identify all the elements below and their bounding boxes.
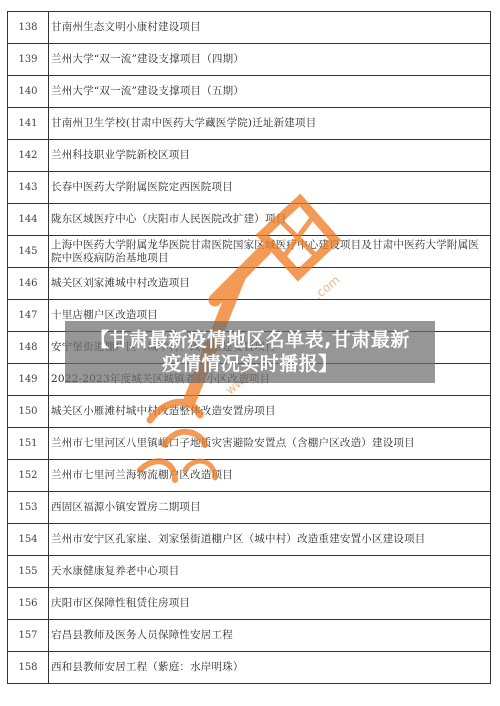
project-name: 长春中医药大学附属医院定西医院项目	[49, 172, 491, 204]
row-number: 147	[8, 300, 49, 332]
table-row: 143长春中医药大学附属医院定西医院项目	[8, 172, 491, 204]
project-name: 陇东区域医疗中心（庆阳市人民医院改扩建）项目	[49, 204, 491, 236]
row-number: 144	[8, 204, 49, 236]
table-row: 138甘南州生态文明小康村建设项目	[8, 12, 491, 44]
row-number: 150	[8, 396, 49, 428]
project-name: 兰州科技职业学院新校区项目	[49, 140, 491, 172]
headline-line-2: 疫情情况实时播报】	[65, 352, 435, 376]
table-row: 155天水康健康复养老中心项目	[8, 556, 491, 588]
row-number: 154	[8, 524, 49, 556]
project-name: 兰州大学“双一流”建设支撑项目（五期）	[49, 76, 491, 108]
row-number: 149	[8, 364, 49, 396]
row-number: 151	[8, 428, 49, 460]
table-row: 158西和县教师安居工程（紫庭：水岸明珠）	[8, 652, 491, 684]
row-number: 148	[8, 332, 49, 364]
row-number: 157	[8, 620, 49, 652]
project-name: 西和县教师安居工程（紫庭：水岸明珠）	[49, 652, 491, 684]
table-row: 146城关区刘家滩城中村改造项目	[8, 268, 491, 300]
project-name: 西固区福源小镇安置房二期项目	[49, 492, 491, 524]
table-row: 145上海中医药大学附属龙华医院甘肃医院国家区域医疗中心建设项目及甘肃中医药大学…	[8, 236, 491, 268]
table-row: 151兰州市七里河区八里镇岘口子地质灾害避险安置点（含棚户区改造）建设项目	[8, 428, 491, 460]
project-name: 甘南州卫生学校(甘肃中医药大学藏医学院)迁址新建项目	[49, 108, 491, 140]
table-row: 157宕昌县教师及医务人员保障性安居工程	[8, 620, 491, 652]
table-row: 154兰州市安宁区孔家崖、刘家堡街道棚户区（城中村）改造重建安置小区建设项目	[8, 524, 491, 556]
project-name: 兰州市七里河兰海物流棚户区改造项目	[49, 460, 491, 492]
project-name: 城关区小雁滩村城中村改造整体改造安置房项目	[49, 396, 491, 428]
row-number: 158	[8, 652, 49, 684]
table-row: 152兰州市七里河兰海物流棚户区改造项目	[8, 460, 491, 492]
table-row: 156庆阳市区保障性租赁住房项目	[8, 588, 491, 620]
row-number: 155	[8, 556, 49, 588]
project-name: 城关区刘家滩城中村改造项目	[49, 268, 491, 300]
project-name: 兰州大学“双一流”建设支撑项目（四期）	[49, 44, 491, 76]
table-row: 144陇东区域医疗中心（庆阳市人民医院改扩建）项目	[8, 204, 491, 236]
project-name: 甘南州生态文明小康村建设项目	[49, 12, 491, 44]
project-name: 上海中医药大学附属龙华医院甘肃医院国家区域医疗中心建设项目及甘肃中医药大学附属医…	[49, 236, 491, 268]
row-number: 152	[8, 460, 49, 492]
headline-banner: 【甘肃最新疫情地区名单表,甘肃最新 疫情情况实时播报】	[65, 321, 435, 383]
project-name: 兰州市七里河区八里镇岘口子地质灾害避险安置点（含棚户区改造）建设项目	[49, 428, 491, 460]
row-number: 153	[8, 492, 49, 524]
row-number: 143	[8, 172, 49, 204]
project-name: 宕昌县教师及医务人员保障性安居工程	[49, 620, 491, 652]
row-number: 145	[8, 236, 49, 268]
row-number: 146	[8, 268, 49, 300]
table-row: 150城关区小雁滩村城中村改造整体改造安置房项目	[8, 396, 491, 428]
table-row: 142兰州科技职业学院新校区项目	[8, 140, 491, 172]
row-number: 156	[8, 588, 49, 620]
headline-line-1: 【甘肃最新疫情地区名单表,甘肃最新	[65, 328, 435, 352]
project-name: 天水康健康复养老中心项目	[49, 556, 491, 588]
project-name: 兰州市安宁区孔家崖、刘家堡街道棚户区（城中村）改造重建安置小区建设项目	[49, 524, 491, 556]
table-row: 141甘南州卫生学校(甘肃中医药大学藏医学院)迁址新建项目	[8, 108, 491, 140]
table-row: 139兰州大学“双一流”建设支撑项目（四期）	[8, 44, 491, 76]
table-row: 153西固区福源小镇安置房二期项目	[8, 492, 491, 524]
row-number: 141	[8, 108, 49, 140]
project-name: 庆阳市区保障性租赁住房项目	[49, 588, 491, 620]
table-row: 140兰州大学“双一流”建设支撑项目（五期）	[8, 76, 491, 108]
row-number: 138	[8, 12, 49, 44]
row-number: 142	[8, 140, 49, 172]
row-number: 140	[8, 76, 49, 108]
row-number: 139	[8, 44, 49, 76]
